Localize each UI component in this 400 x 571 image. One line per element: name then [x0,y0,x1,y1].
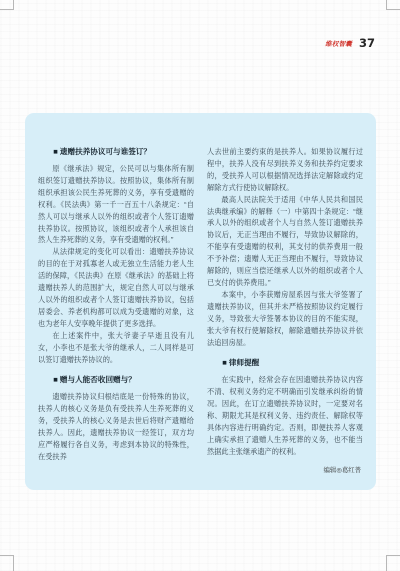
running-header: 维权智囊 37 [325,36,375,50]
crop-mark-bottom-left [0,555,14,571]
crop-mark-top-right [386,0,400,10]
paragraph: 原《继承法》规定，公民可以与集体所有制组织签订遗赠扶养协议。按照协议，集体所有制… [38,163,194,246]
crop-mark-top-left [0,0,14,10]
crop-mark-bottom-right [386,555,400,571]
section-label: 维权智囊 [325,39,352,48]
right-column: 人去世前主要约束的是扶养人。如果协议履行过程中，扶养人没有尽到扶养义务和扶养约定… [207,146,363,474]
byline: 编辑◎葛红普 [207,465,363,474]
paragraph: 最高人民法院关于适用《中华人民共和国民法典继承编》的解释（一）中第四十条规定：“… [207,194,363,289]
section-heading: ■ 遗赠扶养协议可与谁签订？ [38,146,194,158]
left-column: ■ 遗赠扶养协议可与谁签订？ 原《继承法》规定，公民可以与集体所有制组织签订遗赠… [38,146,194,474]
article-columns: ■ 遗赠扶养协议可与谁签订？ 原《继承法》规定，公民可以与集体所有制组织签订遗赠… [38,146,363,474]
paragraph-continued: 人去世前主要约束的是扶养人。如果协议履行过程中，扶养人没有尽到扶养义务和扶养约定… [207,146,363,194]
section-heading: ■ 律师提醒 [207,357,363,369]
section-heading: ■ 赠与人能否收回赠与？ [38,374,194,386]
paragraph: 在上述案件中，张大爷妻子早逝且没有儿女，小李也不是张大爷的继承人，二人同样是可以… [38,330,194,366]
paragraph: 本案中，小李获赠房屋系因与张大爷签署了遗赠扶养协议，但其并未严格按照协议约定履行… [207,289,363,349]
article-panel: ■ 遗赠扶养协议可与谁签订？ 原《继承法》规定，公民可以与集体所有制组织签订遗赠… [25,113,376,490]
page-number: 37 [359,36,375,50]
paragraph: 在实践中，经常会存在因遗赠扶养协议内容不清、权利义务约定不明确而引发继承纠纷的情… [207,374,363,457]
paragraph: 遗赠扶养协议归根结底是一份特殊的协议，扶养人的核心义务是负有受扶养人生养死葬的义… [38,391,194,462]
paragraph: 从法律规定的变化可以看出：遗赠扶养协议的目的在于对孤寡老人或无独立生活能力老人生… [38,246,194,329]
magazine-page: 维权智囊 37 ■ 遗赠扶养协议可与谁签订？ 原《继承法》规定，公民可以与集体所… [0,0,400,571]
